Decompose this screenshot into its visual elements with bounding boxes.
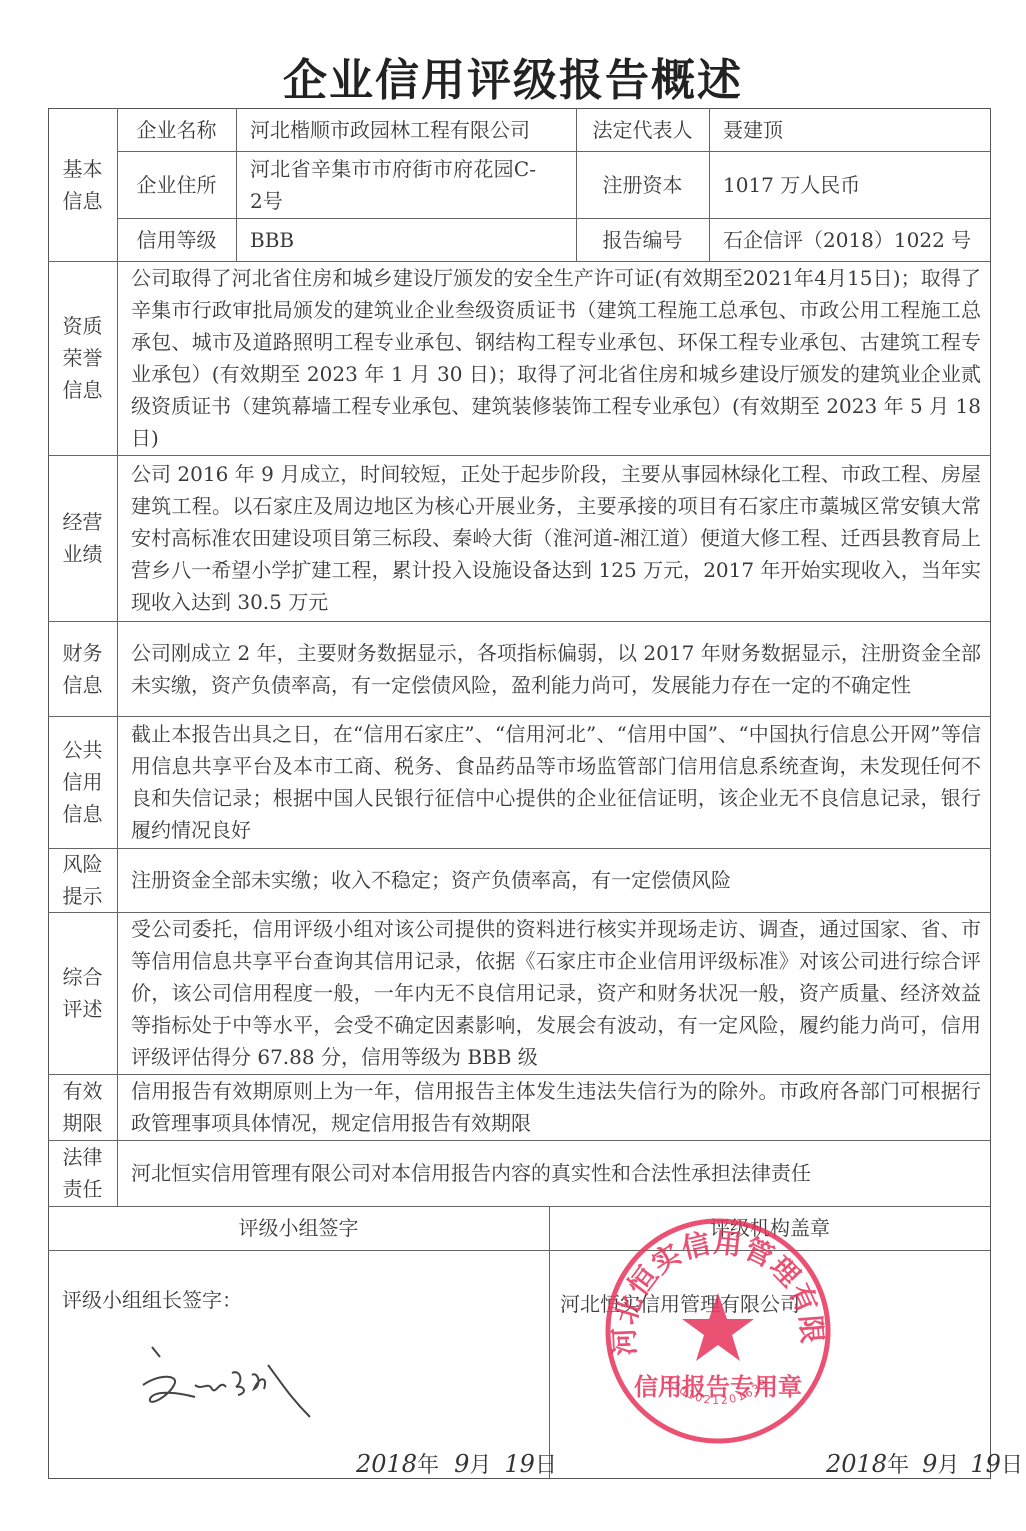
value-company-name: 河北楷顺市政园林工程有限公司 bbox=[236, 108, 576, 151]
label-registered-capital: 注册资本 bbox=[576, 151, 709, 218]
value-registered-capital: 1017 万人民币 bbox=[709, 151, 991, 218]
label-company-name: 企业名称 bbox=[117, 108, 236, 151]
section-label-performance: 经营业绩 bbox=[48, 455, 117, 621]
section-label-financial: 财务信息 bbox=[48, 621, 117, 716]
section-text-legal: 河北恒实信用管理有限公司对本信用报告内容的真实性和合法性承担法律责任 bbox=[117, 1140, 991, 1206]
leader-signature-label: 评级小组组长签字： bbox=[62, 1284, 242, 1316]
label-credit-grade: 信用等级 bbox=[117, 218, 236, 261]
divider bbox=[48, 1250, 991, 1251]
left-sign-date: 2018年 9月 19日 bbox=[356, 1448, 557, 1479]
section-text-validity: 信用报告有效期原则上为一年，信用报告主体发生违法失信行为的除外。市政府各部门可根… bbox=[117, 1074, 991, 1140]
page-title: 企业信用评级报告概述 bbox=[0, 44, 1026, 108]
section-text-summary: 受公司委托，信用评级小组对该公司提供的资料进行核实并现场走访、调查，通过国家、省… bbox=[117, 912, 991, 1074]
value-legal-rep: 聂建顶 bbox=[709, 108, 991, 151]
value-report-number: 石企信评（2018）1022 号 bbox=[709, 218, 991, 261]
section-text-performance: 公司 2016 年 9 月成立，时间较短，正处于起步阶段，主要从事园林绿化工程、… bbox=[117, 455, 991, 621]
section-label-basic-info: 基本信息 bbox=[48, 108, 117, 261]
section-label-risk: 风险提示 bbox=[48, 848, 117, 912]
label-address: 企业住所 bbox=[117, 151, 236, 218]
section-label-qualifications: 资质荣誉信息 bbox=[48, 261, 117, 455]
org-name: 河北恒实信用管理有限公司 bbox=[560, 1288, 800, 1320]
signature-header-right: 评级机构盖章 bbox=[549, 1206, 991, 1250]
label-report-number: 报告编号 bbox=[576, 218, 709, 261]
section-text-financial: 公司刚成立 2 年，主要财务数据显示，各项指标偏弱，以 2017 年财务数据显示… bbox=[117, 621, 991, 716]
section-label-validity: 有效期限 bbox=[48, 1074, 117, 1140]
right-sign-date: 2018年 9月 19日 bbox=[826, 1448, 1023, 1479]
value-address: 河北省辛集市市府街市府花园C-2号 bbox=[236, 151, 576, 218]
section-label-summary: 综合评述 bbox=[48, 912, 117, 1074]
section-text-risk: 注册资金全部未实缴；收入不稳定；资产负债率高，有一定偿债风险 bbox=[117, 848, 991, 912]
section-label-public-credit: 公共信用信息 bbox=[48, 716, 117, 848]
section-text-qualifications: 公司取得了河北省住房和城乡建设厅颁发的安全生产许可证(有效期至2021年4月15… bbox=[117, 261, 991, 455]
label-legal-rep: 法定代表人 bbox=[576, 108, 709, 151]
section-text-public-credit: 截止本报告出具之日，在“信用石家庄”、“信用河北”、“信用中国”、“中国执行信息… bbox=[117, 716, 991, 848]
handwritten-signature bbox=[140, 1345, 330, 1425]
section-label-legal: 法律责任 bbox=[48, 1140, 117, 1206]
signature-header-left: 评级小组签字 bbox=[48, 1206, 549, 1250]
value-credit-grade: BBB bbox=[236, 218, 576, 261]
